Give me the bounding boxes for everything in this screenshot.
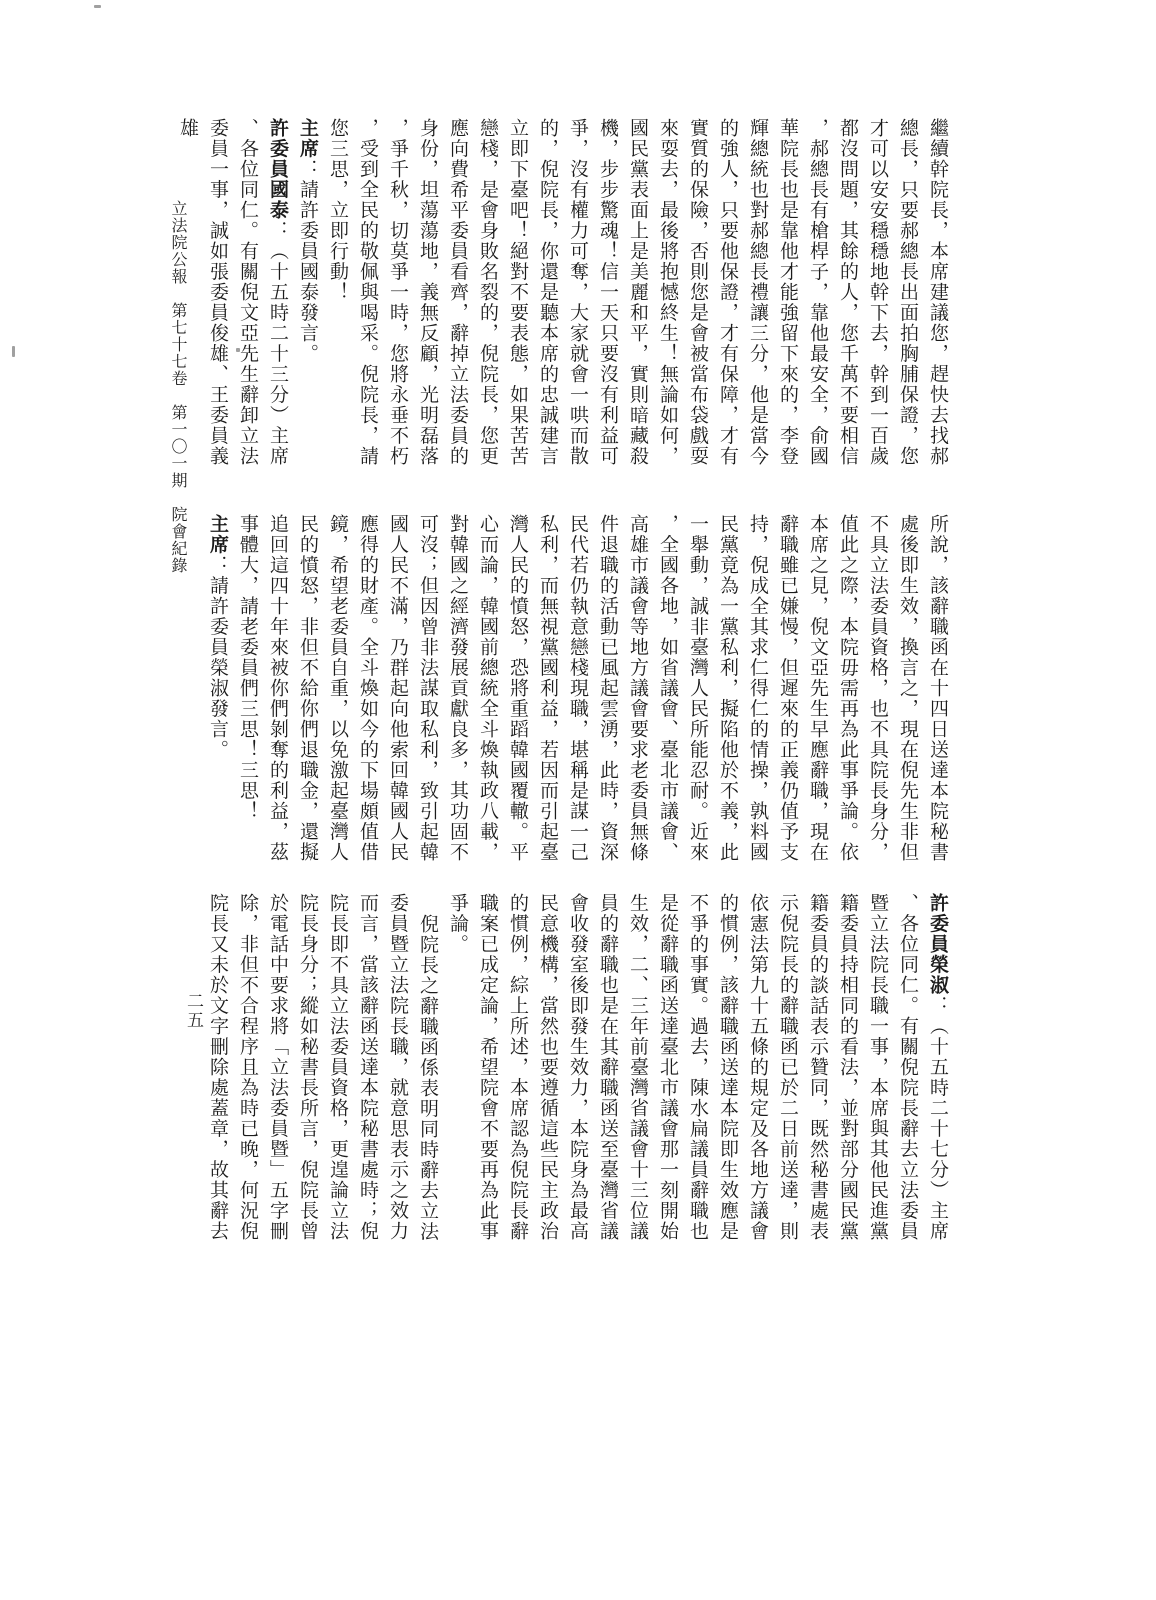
speaker-name: 主席 xyxy=(207,514,228,555)
paragraph: 繼續幹院長，本席建議您，趕快去找郝總長，只要郝總長出面拍胸脯保證，您才可以安安穩… xyxy=(322,118,952,470)
paragraph: 主席：請許委員國泰發言。 xyxy=(292,118,322,470)
scan-speck xyxy=(12,346,15,357)
paragraph: 所說，該辭職函在十四日送達本院秘書處後即生效，換言之，現在倪先生非但不具立法委員… xyxy=(232,514,952,866)
text-band-bottom: 許委員榮淑：（十五時二十七分）主席、各位同仁。有關倪院長辭去立法委員暨立法院長職… xyxy=(172,893,952,1245)
speaker-name: 許委員榮淑 xyxy=(927,893,948,996)
scan-speck xyxy=(236,348,240,352)
text-band-middle: 所說，該辭職函在十四日送達本院秘書處後即生效，換言之，現在倪先生非但不具立法委員… xyxy=(172,514,952,866)
speaker-name: 主席 xyxy=(297,118,318,159)
paragraph: 許委員國泰：（十五時二十三分）主席、各位同仁。有關倪文亞先生辭卸立法委員一事，誠… xyxy=(172,118,292,470)
speaker-name: 許委員國泰 xyxy=(267,118,288,221)
paragraph: 倪院長之辭職函係表明同時辭去立法委員暨立法院長職，就意思表示之效力而言，當該辭函… xyxy=(202,893,442,1245)
paragraph: 主席：請許委員榮淑發言。 xyxy=(202,514,232,866)
paragraph: 許委員榮淑：（十五時二十七分）主席、各位同仁。有關倪院長辭去立法委員暨立法院長職… xyxy=(442,893,952,1245)
scan-speck xyxy=(94,5,101,8)
gazette-scan-page: 立法院公報 第七十七卷 第一〇一期 院會紀錄 二五 繼續幹院長，本席建議您，趕快… xyxy=(0,0,1156,1600)
text-band-top: 繼續幹院長，本席建議您，趕快去找郝總長，只要郝總長出面拍胸脯保證，您才可以安安穩… xyxy=(172,118,952,470)
